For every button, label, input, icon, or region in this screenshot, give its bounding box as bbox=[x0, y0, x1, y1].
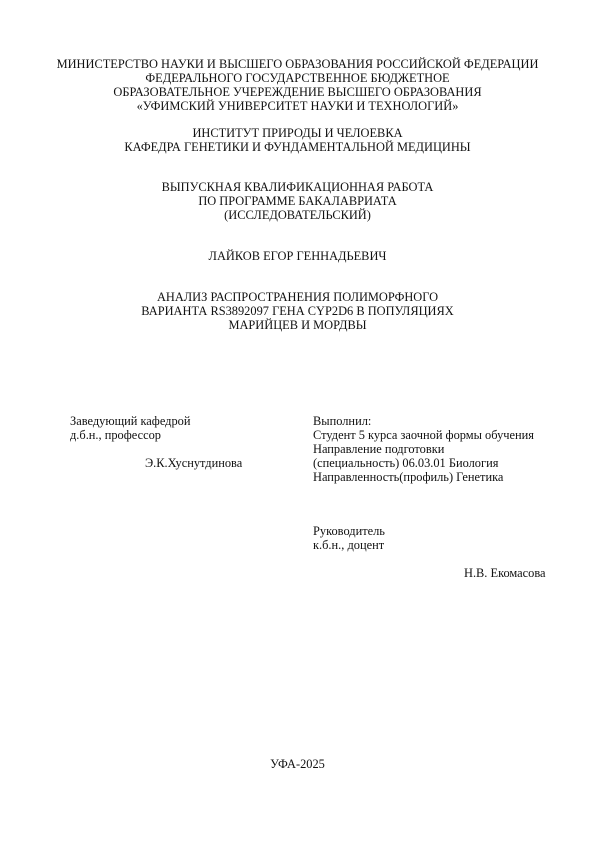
institute-name: ИНСТИТУТ ПРИРОДЫ И ЧЕЛОЕВКА bbox=[0, 126, 595, 140]
supervisor-name: Н.В. Екомасова bbox=[464, 566, 546, 580]
city-year: УФА-2025 bbox=[0, 757, 595, 771]
head-role: Заведующий кафедрой bbox=[70, 414, 310, 428]
ministry-line-1: МИНИСТЕРСТВО НАУКИ И ВЫСШЕГО ОБРАЗОВАНИЯ… bbox=[0, 57, 595, 71]
thesis-title-line-2: ВАРИАНТА RS3892097 ГЕНА CYP2D6 В ПОПУЛЯЦ… bbox=[0, 304, 595, 318]
footer-city-year: УФА-2025 bbox=[0, 757, 595, 771]
head-of-department-block: Заведующий кафедрой д.б.н., профессор bbox=[70, 414, 310, 442]
university-name: «УФИМСКИЙ УНИВЕРСИТЕТ НАУКИ И ТЕХНОЛОГИЙ… bbox=[0, 99, 595, 113]
institute-header: ИНСТИТУТ ПРИРОДЫ И ЧЕЛОЕВКА КАФЕДРА ГЕНЕ… bbox=[0, 126, 595, 154]
ministry-header: МИНИСТЕРСТВО НАУКИ И ВЫСШЕГО ОБРАЗОВАНИЯ… bbox=[0, 57, 595, 113]
supervisor-block: Руководитель к.б.н., доцент bbox=[313, 524, 563, 552]
work-type: ВЫПУСКНАЯ КВАЛИФИКАЦИОННАЯ РАБОТА ПО ПРО… bbox=[0, 180, 595, 222]
work-type-line-2: ПО ПРОГРАММЕ БАКАЛАВРИАТА bbox=[0, 194, 595, 208]
supervisor-degree: к.б.н., доцент bbox=[313, 538, 563, 552]
author-name: ЛАЙКОВ ЕГОР ГЕННАДЬЕВИЧ bbox=[0, 249, 595, 263]
performer-block: Выполнил: Студент 5 курса заочной формы … bbox=[313, 414, 563, 484]
work-type-line-3: (ИССЛЕДОВАТЕЛЬСКИЙ) bbox=[0, 208, 595, 222]
ministry-line-3: ОБРАЗОВАТЕЛЬНОЕ УЧЕРЕЖДЕНИЕ ВЫСШЕГО ОБРА… bbox=[0, 85, 595, 99]
performer-course: Студент 5 курса заочной формы обучения bbox=[313, 428, 563, 442]
performer-specialty: (специальность) 06.03.01 Биология bbox=[313, 456, 563, 470]
supervisor-role: Руководитель bbox=[313, 524, 563, 538]
ministry-line-2: ФЕДЕРАЛЬНОГО ГОСУДАРСТВЕННОЕ БЮДЖЕТНОЕ bbox=[0, 71, 595, 85]
work-type-line-1: ВЫПУСКНАЯ КВАЛИФИКАЦИОННАЯ РАБОТА bbox=[0, 180, 595, 194]
performer-label: Выполнил: bbox=[313, 414, 563, 428]
head-degree: д.б.н., профессор bbox=[70, 428, 310, 442]
department-name: КАФЕДРА ГЕНЕТИКИ И ФУНДАМЕНТАЛЬНОЙ МЕДИЦ… bbox=[0, 140, 595, 154]
performer-profile: Направленность(профиль) Генетика bbox=[313, 470, 563, 484]
thesis-title-line-1: АНАЛИЗ РАСПРОСТРАНЕНИЯ ПОЛИМОРФНОГО bbox=[0, 290, 595, 304]
author-fullname: ЛАЙКОВ ЕГОР ГЕННАДЬЕВИЧ bbox=[0, 249, 595, 263]
thesis-title: АНАЛИЗ РАСПРОСТРАНЕНИЯ ПОЛИМОРФНОГО ВАРИ… bbox=[0, 290, 595, 332]
head-name: Э.К.Хуснутдинова bbox=[145, 456, 242, 470]
performer-direction: Направление подготовки bbox=[313, 442, 563, 456]
thesis-title-line-3: МАРИЙЦЕВ И МОРДВЫ bbox=[0, 318, 595, 332]
